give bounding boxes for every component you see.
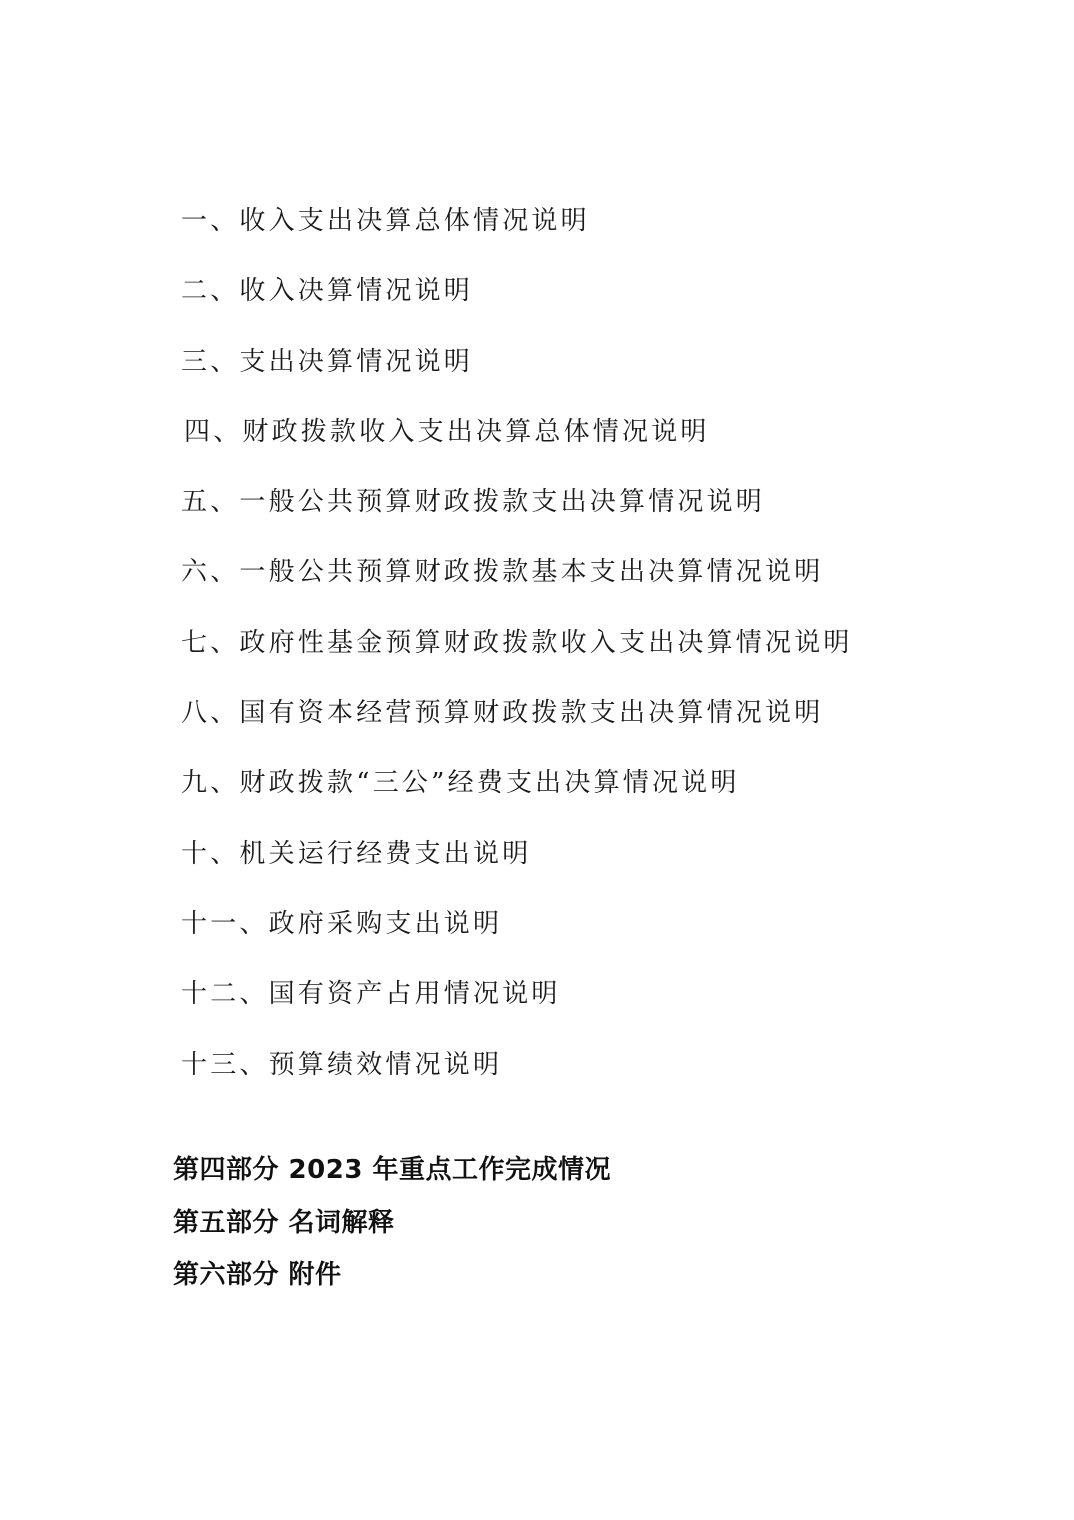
toc-item-1: 一、收入支出决算总体情况说明 — [181, 200, 853, 270]
toc-item-10: 十、机关运行经费支出说明 — [181, 833, 853, 903]
part-heading-4: 第四部分 2023 年重点工作完成情况 — [173, 1148, 611, 1201]
toc-item-6: 六、一般公共预算财政拨款基本支出决算情况说明 — [181, 551, 853, 621]
toc-item-label: 三、支出决算情况说明 — [181, 341, 473, 383]
toc-item-label: 四、财政拨款收入支出决算总体情况说明 — [184, 411, 710, 453]
toc-item-2: 二、收入决算情况说明 — [181, 270, 853, 340]
toc-section-list: 一、收入支出决算总体情况说明 二、收入决算情况说明 三、支出决算情况说明 四、财… — [181, 200, 853, 1114]
document-page: 一、收入支出决算总体情况说明 二、收入决算情况说明 三、支出决算情况说明 四、财… — [0, 0, 1074, 1520]
toc-item-label: 一、收入支出决算总体情况说明 — [181, 200, 590, 242]
toc-item-7: 七、政府性基金预算财政拨款收入支出决算情况说明 — [181, 622, 853, 692]
toc-item-label: 八、国有资本经营预算财政拨款支出决算情况说明 — [181, 692, 823, 734]
toc-item-9: 九、财政拨款“三公”经费支出决算情况说明 — [181, 762, 853, 832]
part-heading-5: 第五部分 名词解释 — [173, 1201, 611, 1254]
toc-item-label: 九、财政拨款“三公”经费支出决算情况说明 — [181, 762, 740, 804]
toc-item-13: 十三、预算绩效情况说明 — [181, 1044, 853, 1114]
toc-item-4: 四、财政拨款收入支出决算总体情况说明 — [181, 411, 853, 481]
toc-item-label: 二、收入决算情况说明 — [181, 270, 473, 312]
toc-item-label: 五、一般公共预算财政拨款支出决算情况说明 — [181, 481, 765, 523]
toc-item-label: 七、政府性基金预算财政拨款收入支出决算情况说明 — [181, 622, 853, 664]
toc-item-5: 五、一般公共预算财政拨款支出决算情况说明 — [181, 481, 853, 551]
toc-item-label: 六、一般公共预算财政拨款基本支出决算情况说明 — [181, 551, 823, 593]
toc-item-label: 十、机关运行经费支出说明 — [181, 833, 531, 875]
toc-item-3: 三、支出决算情况说明 — [181, 341, 853, 411]
toc-item-8: 八、国有资本经营预算财政拨款支出决算情况说明 — [181, 692, 853, 762]
toc-item-label: 十三、预算绩效情况说明 — [181, 1044, 502, 1086]
toc-item-label: 十一、政府采购支出说明 — [181, 903, 502, 945]
toc-item-12: 十二、国有资产占用情况说明 — [181, 973, 853, 1043]
toc-item-11: 十一、政府采购支出说明 — [181, 903, 853, 973]
toc-item-label: 十二、国有资产占用情况说明 — [181, 973, 561, 1015]
part-heading-list: 第四部分 2023 年重点工作完成情况 第五部分 名词解释 第六部分 附件 — [173, 1148, 611, 1306]
part-heading-6: 第六部分 附件 — [173, 1253, 611, 1306]
